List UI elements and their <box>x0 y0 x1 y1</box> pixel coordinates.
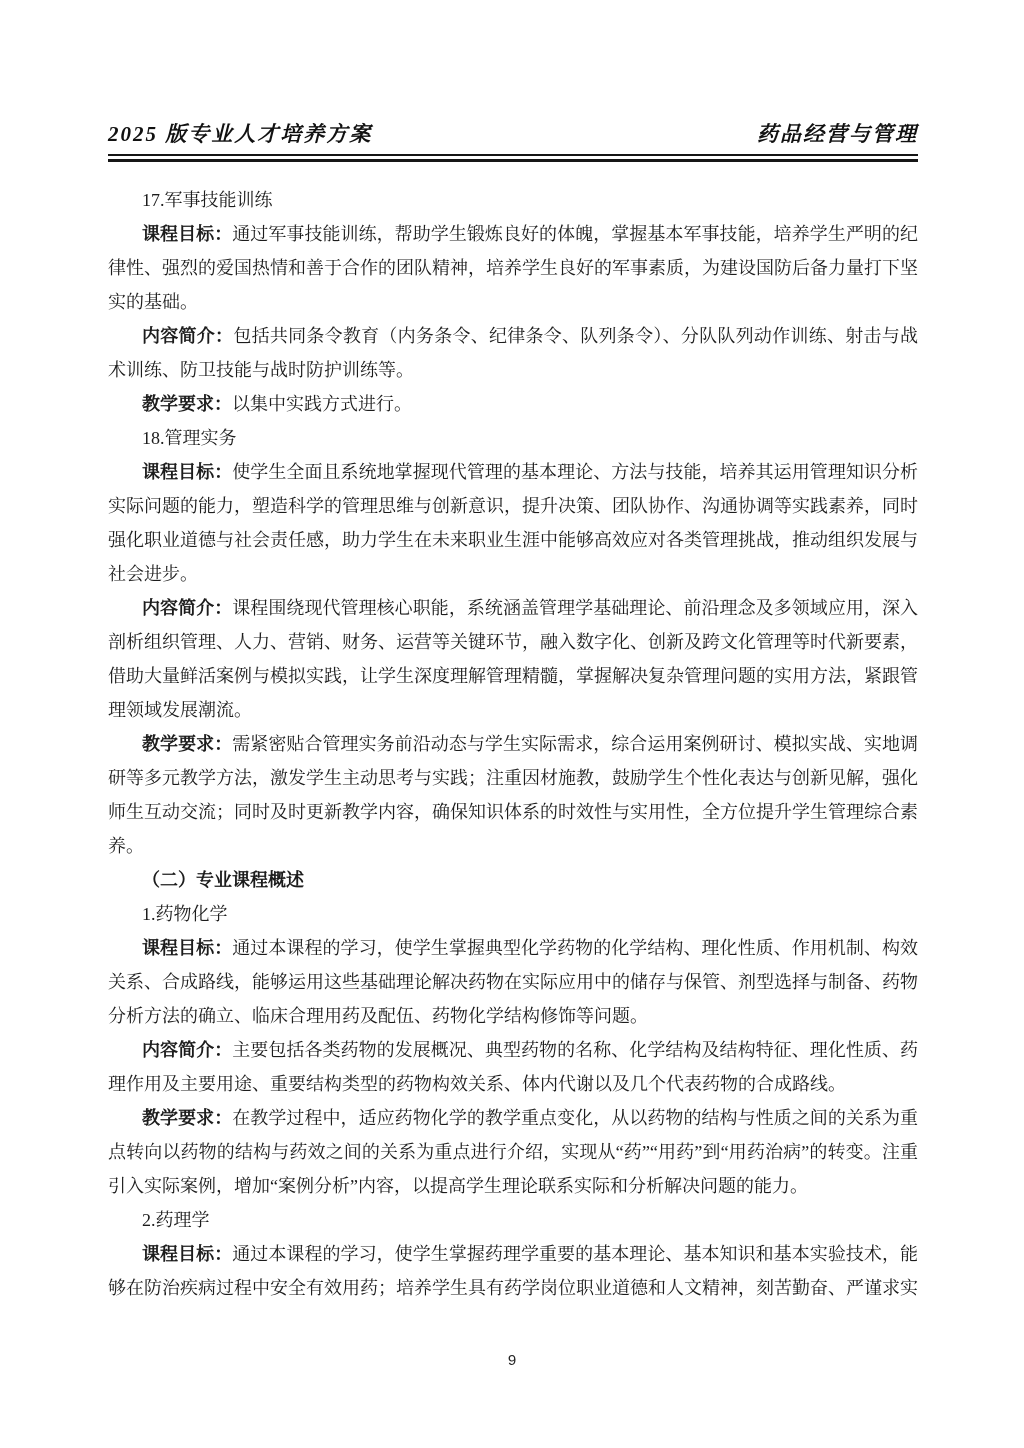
labeled-paragraph: 课程目标：通过军事技能训练，帮助学生锻炼良好的体魄，掌握基本军事技能，培养学生严… <box>108 217 918 319</box>
header-left-title: 2025 版专业人才培养方案 <box>108 118 372 148</box>
paragraph-text: 以集中实践方式进行。 <box>232 394 412 414</box>
course-item: 2.药理学 <box>108 1203 918 1237</box>
course-item: 17.军事技能训练 <box>108 183 918 217</box>
paragraph-label: 内容简介： <box>142 598 232 618</box>
labeled-paragraph: 课程目标：通过本课程的学习，使学生掌握典型化学药物的化学结构、理化性质、作用机制… <box>108 931 918 1033</box>
labeled-paragraph: 教学要求：以集中实践方式进行。 <box>108 387 918 421</box>
paragraph-label: 内容简介： <box>142 326 233 346</box>
paragraph-label: 教学要求： <box>142 1108 232 1128</box>
header-double-rule <box>108 154 918 162</box>
document-page: 2025 版专业人才培养方案 药品经营与管理 17.军事技能训练 课程目标：通过… <box>0 0 1024 1448</box>
labeled-paragraph: 教学要求：需紧密贴合管理实务前沿动态与学生实际需求，综合运用案例研讨、模拟实战、… <box>108 727 918 863</box>
course-item: 18.管理实务 <box>108 421 918 455</box>
paragraph-label: 内容简介： <box>142 1040 232 1060</box>
labeled-paragraph: 课程目标：使学生全面且系统地掌握现代管理的基本理论、方法与技能，培养其运用管理知… <box>108 455 918 591</box>
paragraph-label: 教学要求： <box>142 394 232 414</box>
page-header: 2025 版专业人才培养方案 药品经营与管理 <box>108 118 918 154</box>
header-right-title: 药品经营与管理 <box>757 118 918 148</box>
paragraph-label: 课程目标： <box>142 462 232 482</box>
section-heading-text: （二）专业课程概述 <box>142 870 304 890</box>
page-number: 9 <box>508 1352 516 1369</box>
course-item-text: 18.管理实务 <box>142 428 237 448</box>
labeled-paragraph: 课程目标：通过本课程的学习，使学生掌握药理学重要的基本理论、基本知识和基本实验技… <box>108 1237 918 1305</box>
course-item-text: 2.药理学 <box>142 1210 210 1230</box>
paragraph-label: 课程目标： <box>142 938 232 958</box>
document-body: 17.军事技能训练 课程目标：通过军事技能训练，帮助学生锻炼良好的体魄，掌握基本… <box>108 183 918 1305</box>
labeled-paragraph: 教学要求：在教学过程中，适应药物化学的教学重点变化，从以药物的结构与性质之间的关… <box>108 1101 918 1203</box>
course-item-text: 1.药物化学 <box>142 904 228 924</box>
paragraph-label: 课程目标： <box>142 224 232 244</box>
course-item-text: 17.军事技能训练 <box>142 190 273 210</box>
labeled-paragraph: 内容简介：主要包括各类药物的发展概况、典型药物的名称、化学结构及结构特征、理化性… <box>108 1033 918 1101</box>
paragraph-label: 教学要求： <box>142 734 232 754</box>
course-item: 1.药物化学 <box>108 897 918 931</box>
section-heading: （二）专业课程概述 <box>108 863 918 897</box>
paragraph-label: 课程目标： <box>142 1244 232 1264</box>
page-footer: 9 <box>0 1352 1024 1369</box>
labeled-paragraph: 内容简介：课程围绕现代管理核心职能，系统涵盖管理学基础理论、前沿理念及多领域应用… <box>108 591 918 727</box>
labeled-paragraph: 内容简介：包括共同条令教育（内务条令、纪律条令、队列条令）、分队队列动作训练、射… <box>108 319 918 387</box>
